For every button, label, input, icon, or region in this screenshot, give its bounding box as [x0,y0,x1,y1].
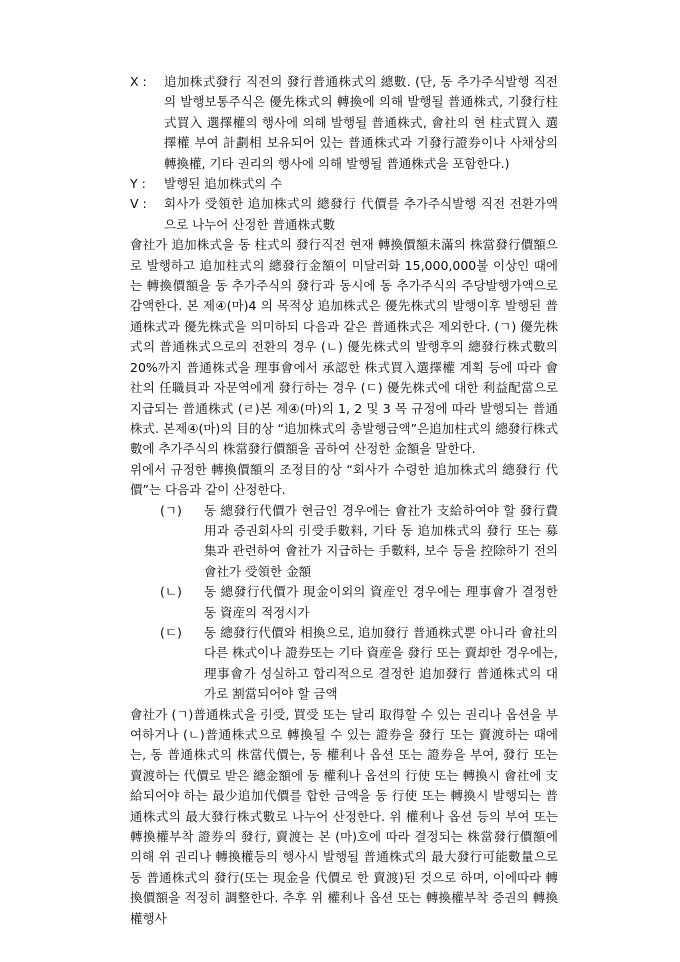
calc-item-2-text: 동 總發行代價가 現金이외의 資産인 경우에는 理事會가 결정한 동 資産의 적… [204,582,558,623]
document-body: X : 追加株式發行 직전의 發行普通株式의 總數. (단, 동 추가주식발행 … [130,72,558,929]
calc-item-2: (ㄴ) 동 總發行代價가 現金이외의 資産인 경우에는 理事會가 결정한 동 資… [160,582,558,623]
paragraph-issuance-rule: 會社가 追加株式을 동 柱式의 發行직전 현재 轉換價額未滿의 株當發行價額으로… [130,235,558,459]
definition-text-y: 발행된 追加株式의 수 [164,174,558,194]
calc-item-1-label: (ㄱ) [160,501,204,521]
calc-item-3-label: (ㄷ) [160,623,204,643]
calc-item-3: (ㄷ) 동 總發行代價와 相換으로, 追加發行 普通株式뿐 아니라 會社의 다른… [160,623,558,705]
definition-text-x: 追加株式發行 직전의 發行普通株式의 總數. (단, 동 추가주식발행 직전의 … [164,72,558,174]
definition-term-v: V : [130,194,164,214]
definition-item-x: X : 追加株式發行 직전의 發行普通株式의 總數. (단, 동 추가주식발행 … [130,72,558,174]
calc-item-2-label: (ㄴ) [160,582,204,602]
definition-term-x: X : [130,72,164,92]
calc-item-1: (ㄱ) 동 總發行代價가 현금인 경우에는 會社가 支給하여야 할 發行費用과 … [160,501,558,583]
calc-item-3-text: 동 總發行代價와 相換으로, 追加發行 普通株式뿐 아니라 會社의 다른 株式이… [204,623,558,705]
definition-text-v: 회사가 受領한 追加株式의 總發行 代價를 추가주식발행 직전 전환가액으로 나… [164,194,558,235]
paragraph-rights-options: 會社가 (ㄱ)普通株式을 引受, 買受 또는 달리 取得할 수 있는 권리나 옵… [130,705,558,929]
definition-item-y: Y : 발행된 追加株式의 수 [130,174,558,194]
document-page: X : 追加株式發行 직전의 發行普通株式의 總數. (단, 동 추가주식발행 … [0,0,680,962]
definition-item-v: V : 회사가 受領한 追加株式의 總發行 代價를 추가주식발행 직전 전환가액… [130,194,558,235]
calc-item-1-text: 동 總發行代價가 현금인 경우에는 會社가 支給하여야 할 發行費用과 증권회사… [204,501,558,583]
definition-term-y: Y : [130,174,164,194]
paragraph-calc-intro: 위에서 규정한 轉換價額의 조정目的상 “회사가 수령한 追加株式의 總發行 代… [130,460,558,501]
